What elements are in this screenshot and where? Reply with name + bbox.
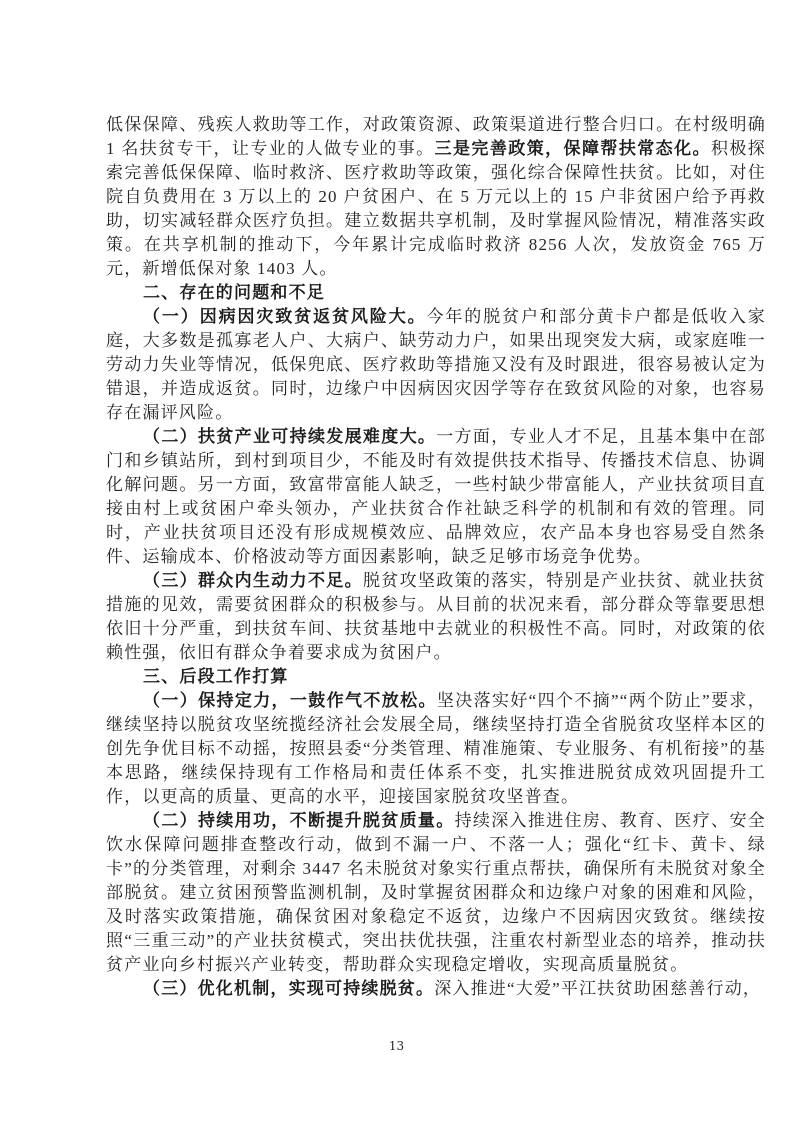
paragraph: （三）优化机制，实现可持续脱贫。深入推进“大爱”平江扶贫助困慈善行动， — [106, 977, 766, 1001]
page-number: 13 — [0, 1039, 793, 1053]
document-body: 低保保障、残疾人救助等工作，对政策资源、政策渠道进行整合归口。在村级明确 1 名… — [106, 113, 766, 1001]
text-run: 积极探索完善低保保障、临时救济、医疗救助等政策，强化综合保障性扶贫。比如，对住院… — [106, 139, 766, 278]
bold-text-run: （一）因病因灾致贫返贫风险大。 — [143, 307, 427, 326]
bold-text-run: （二）扶贫产业可持续发展难度大。 — [143, 427, 436, 446]
section-heading: 三、后段工作打算 — [106, 665, 766, 689]
text-run: 一方面，专业人才不足，且基本集中在部门和乡镇站所，到村到项目少，不能及时有效提供… — [106, 427, 766, 566]
text-run: 持续深入推进住房、教育、医疗、安全饮水保障问题排查整改行动，做到不漏一户、不落一… — [106, 811, 766, 974]
bold-text-run: （三）群众内生动力不足。 — [143, 571, 363, 590]
bold-text-run: 三是完善政策，保障帮扶常态化。 — [435, 139, 711, 158]
paragraph: （一）保持定力，一鼓作气不放松。坚决落实好“四个不摘”“两个防止”要求，继续坚持… — [106, 689, 766, 809]
document-page: 低保保障、残疾人救助等工作，对政策资源、政策渠道进行整合归口。在村级明确 1 名… — [0, 0, 793, 1122]
paragraph: （一）因病因灾致贫返贫风险大。今年的脱贫户和部分黄卡户都是低收入家庭，大多数是孤… — [106, 305, 766, 425]
paragraph: （三）群众内生动力不足。脱贫攻坚政策的落实，特别是产业扶贫、就业扶贫措施的见效，… — [106, 569, 766, 665]
bold-text-run: （二）持续用功，不断提升脱贫质量。 — [143, 811, 455, 830]
section-heading: 二、存在的问题和不足 — [106, 281, 766, 305]
paragraph: 低保保障、残疾人救助等工作，对政策资源、政策渠道进行整合归口。在村级明确 1 名… — [106, 113, 766, 281]
paragraph: （二）持续用功，不断提升脱贫质量。持续深入推进住房、教育、医疗、安全饮水保障问题… — [106, 809, 766, 977]
bold-text-run: （三）优化机制，实现可持续脱贫。 — [143, 979, 434, 998]
paragraph: （二）扶贫产业可持续发展难度大。一方面，专业人才不足，且基本集中在部门和乡镇站所… — [106, 425, 766, 569]
bold-text-run: （一）保持定力，一鼓作气不放松。 — [143, 691, 437, 710]
text-run: 深入推进“大爱”平江扶贫助困慈善行动， — [434, 979, 761, 998]
